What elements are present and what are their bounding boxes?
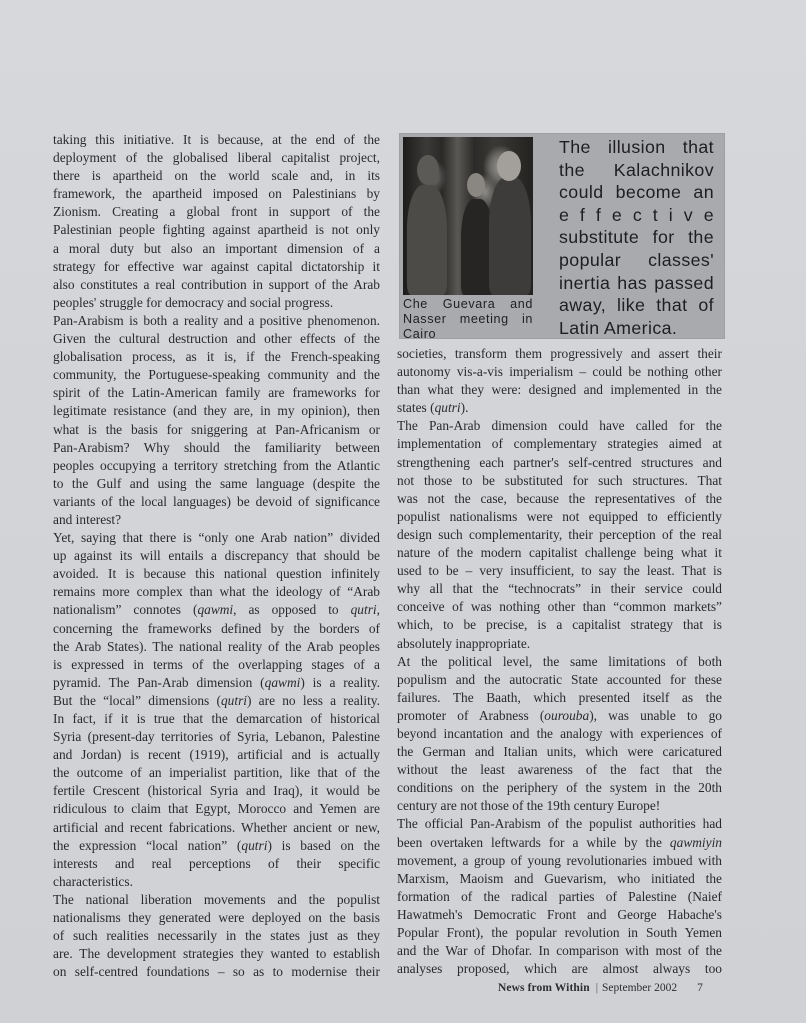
pull-quote-line: away, like that of xyxy=(559,294,714,317)
text-line: spirit of the Latin-American family are … xyxy=(53,384,380,402)
pull-quote-line: Latin America. xyxy=(559,317,714,340)
text-line: the expression “local nation” (qutri) is… xyxy=(53,837,380,855)
text-line: failures. The Baath, which presented its… xyxy=(397,689,722,707)
magazine-page: taking this initiative. It is because, a… xyxy=(0,0,806,1023)
text-line: absolutely inappropriate. xyxy=(397,635,722,653)
text-line: used to be – very insufficient, to say t… xyxy=(397,562,722,580)
text-line: deployment of the globalised liberal cap… xyxy=(53,149,380,167)
text-line: framework, the apartheid imposed on Pale… xyxy=(53,185,380,203)
text-line: remains more complex than what the ideol… xyxy=(53,583,380,601)
text-line: conditions on the periphery of the syste… xyxy=(397,779,722,797)
text-line: was not the case, because the representa… xyxy=(397,490,722,508)
text-line: pyramid. The Pan-Arab dimension (qawmi) … xyxy=(53,674,380,692)
italic-term: qutri xyxy=(221,693,247,708)
text-fragment: ) is a reality. xyxy=(300,675,380,690)
photo-figure xyxy=(489,177,531,295)
text-fragment: the expression “local nation” ( xyxy=(53,838,241,853)
pull-quote-line: The illusion that xyxy=(559,136,714,159)
footer-separator: | xyxy=(596,982,598,994)
text-line: promoter of Arabness (ourouba), was unab… xyxy=(397,707,722,725)
left-column-text: taking this initiative. It is because, a… xyxy=(53,131,380,981)
text-line: not those to be substituted for such str… xyxy=(397,472,722,490)
text-line: Hawatmeh's Democratic Front and George H… xyxy=(397,906,722,924)
text-line: and Jordan) is recent (1919), artificial… xyxy=(53,746,380,764)
text-line: The official Pan-Arabism of the populist… xyxy=(397,815,722,833)
text-line: interests and real perceptions of their … xyxy=(53,855,380,873)
text-line: globalisation process, as it is, if the … xyxy=(53,348,380,366)
text-line: conceive of was nothing other than “comm… xyxy=(397,598,722,616)
text-line: fertile Crescent (historical Syria and I… xyxy=(53,782,380,800)
text-line: community, the Portuguese-speaking commu… xyxy=(53,366,380,384)
pull-quote-line: popular classes' xyxy=(559,249,714,272)
text-line: the outcome of an imperialist partition,… xyxy=(53,764,380,782)
italic-term: qutri xyxy=(435,400,461,415)
text-line: populism and the autocratic State accoun… xyxy=(397,671,722,689)
text-line: a moral duty but also an important dimen… xyxy=(53,240,380,258)
text-line: ridiculous to claim that Egypt, Morocco … xyxy=(53,800,380,818)
text-line: Popular Front), the popular revolution i… xyxy=(397,924,722,942)
text-line: Marxism, Maoism and Guevarism, who initi… xyxy=(397,870,722,888)
text-line: Given the cultural destruction and other… xyxy=(53,330,380,348)
text-fragment: promoter of Arabness ( xyxy=(397,708,544,723)
issue-date: September 2002 xyxy=(602,982,677,994)
text-fragment: , xyxy=(377,602,380,617)
page-footer: News from Within|September 20027 xyxy=(498,982,738,994)
publication-name: News from Within xyxy=(498,982,590,994)
text-line: peoples' struggle for democracy and soci… xyxy=(53,294,380,312)
pull-quote-line: substitute for the xyxy=(559,226,714,249)
text-fragment: , as opposed to xyxy=(233,602,350,617)
text-line: taking this initiative. It is because, a… xyxy=(53,131,380,149)
text-line: why all that the “technocrats” in their … xyxy=(397,580,722,598)
text-line: than what they were: designed and implem… xyxy=(397,381,722,399)
text-fragment: ) is based on the xyxy=(267,838,380,853)
text-fragment: But the “local” dimensions ( xyxy=(53,693,221,708)
italic-term: ourouba xyxy=(544,708,589,723)
pull-quote: The illusion that the Kalachnikov could … xyxy=(559,136,714,339)
text-line: Pan-Arabism? Why should the familiarity … xyxy=(53,439,380,457)
text-line: and the War of Dhofar. In comparison wit… xyxy=(397,942,722,960)
pull-quote-line: the Kalachnikov xyxy=(559,159,714,182)
text-line: without the least awareness of the fact … xyxy=(397,761,722,779)
italic-term: qawmiyin xyxy=(670,835,722,850)
text-line: In fact, if it is true that the demarcat… xyxy=(53,710,380,728)
text-line: strengthening each partner's self-centre… xyxy=(397,454,722,472)
photo-head xyxy=(497,151,521,181)
text-line: been overtaken leftwards for a while by … xyxy=(397,834,722,852)
text-line: But the “local” dimensions (qutri) are n… xyxy=(53,692,380,710)
right-column-text: societies, transform them progressively … xyxy=(397,345,722,978)
text-line: states (qutri). xyxy=(397,399,722,417)
text-line: Palestinian people fighting against apar… xyxy=(53,221,380,239)
text-line: the Arab States). The national reality o… xyxy=(53,638,380,656)
text-line: beyond incantation and the analogy with … xyxy=(397,725,722,743)
text-line: societies, transform them progressively … xyxy=(397,345,722,363)
text-line: Pan-Arabism is both a reality and a posi… xyxy=(53,312,380,330)
text-line: legitimate resistance (and they are, in … xyxy=(53,402,380,420)
text-line: the German and Italian units, which were… xyxy=(397,743,722,761)
text-fragment: pyramid. The Pan-Arab dimension ( xyxy=(53,675,265,690)
text-line: what is the basis for sniggering at Pan-… xyxy=(53,421,380,439)
text-line: At the political level, the same limitat… xyxy=(397,653,722,671)
text-line: century are not those of the 19th centur… xyxy=(397,797,722,815)
text-line: formation of the radical parties of Pale… xyxy=(397,888,722,906)
text-fragment: been overtaken leftwards for a while by … xyxy=(397,835,670,850)
text-line: analyses proposed, which are almost alwa… xyxy=(397,960,722,978)
text-line: design such complementarity, their perce… xyxy=(397,526,722,544)
text-line: there is apartheid on the world scale an… xyxy=(53,167,380,185)
text-line: artificial and recent fabrications. Whet… xyxy=(53,819,380,837)
text-line: on self-centred foundations – so as to m… xyxy=(53,963,380,981)
text-fragment: ) are no less a reality. xyxy=(247,693,380,708)
text-line: are. The development strategies they wan… xyxy=(53,945,380,963)
text-line: populist nationalisms were not equipped … xyxy=(397,508,722,526)
text-line: nature of the modern capitalist challeng… xyxy=(397,544,722,562)
text-line: nationalisms they generated were deploye… xyxy=(53,909,380,927)
text-line: variants of the local languages) be devo… xyxy=(53,493,380,511)
photo-head xyxy=(417,155,439,185)
text-line: peoples occupying a territory stretching… xyxy=(53,457,380,475)
text-line: The national liberation movements and th… xyxy=(53,891,380,909)
text-fragment: nationalism” connotes ( xyxy=(53,602,197,617)
text-line: Syria (present-day territories of Syria,… xyxy=(53,728,380,746)
italic-term: qutri xyxy=(351,602,377,617)
text-line: concerning the frameworks defined by the… xyxy=(53,620,380,638)
pull-quote-line: inertia has passed xyxy=(559,272,714,295)
text-line: up against its will entails a discrepanc… xyxy=(53,547,380,565)
text-line: The Pan-Arab dimension could have called… xyxy=(397,417,722,435)
text-line: to the Gulf and using the same language … xyxy=(53,475,380,493)
text-line: Zionism. Creating a global front in supp… xyxy=(53,203,380,221)
photo-figure xyxy=(407,185,447,295)
text-line: also constitutes a real contribution in … xyxy=(53,276,380,294)
text-line: avoided. It is because this national que… xyxy=(53,565,380,583)
italic-term: qawmi xyxy=(197,602,233,617)
text-line: and interest? xyxy=(53,511,380,529)
text-fragment: ). xyxy=(461,400,469,415)
photo-caption: Che Guevara and Nasser meeting in Cairo xyxy=(403,297,533,342)
text-line: implementation of complementary strategi… xyxy=(397,435,722,453)
text-line: movement, a group of young revolutionari… xyxy=(397,852,722,870)
text-line: nationalism” connotes (qawmi, as opposed… xyxy=(53,601,380,619)
italic-term: qutri xyxy=(241,838,267,853)
photo-image xyxy=(403,137,533,295)
pull-quote-line: could become an xyxy=(559,181,714,204)
text-line: characteristics. xyxy=(53,873,380,891)
italic-term: qawmi xyxy=(265,675,301,690)
text-line: autonomy vis-a-vis imperialism – could b… xyxy=(397,363,722,381)
text-line: Yet, saying that there is “only one Arab… xyxy=(53,529,380,547)
photo-pullquote-box: Che Guevara and Nasser meeting in Cairo … xyxy=(400,134,724,338)
pull-quote-line: e f f e c t i v e xyxy=(559,204,714,227)
text-fragment: states ( xyxy=(397,400,435,415)
text-line: which, to be precise, is a capitalist st… xyxy=(397,616,722,634)
photo-head xyxy=(467,173,485,197)
text-line: strategy for effective war against capit… xyxy=(53,258,380,276)
text-fragment: ), was unable to go xyxy=(589,708,722,723)
text-line: of such realities necessarily in the sta… xyxy=(53,927,380,945)
text-line: is expressed in terms of the overlapping… xyxy=(53,656,380,674)
page-number: 7 xyxy=(697,982,703,994)
